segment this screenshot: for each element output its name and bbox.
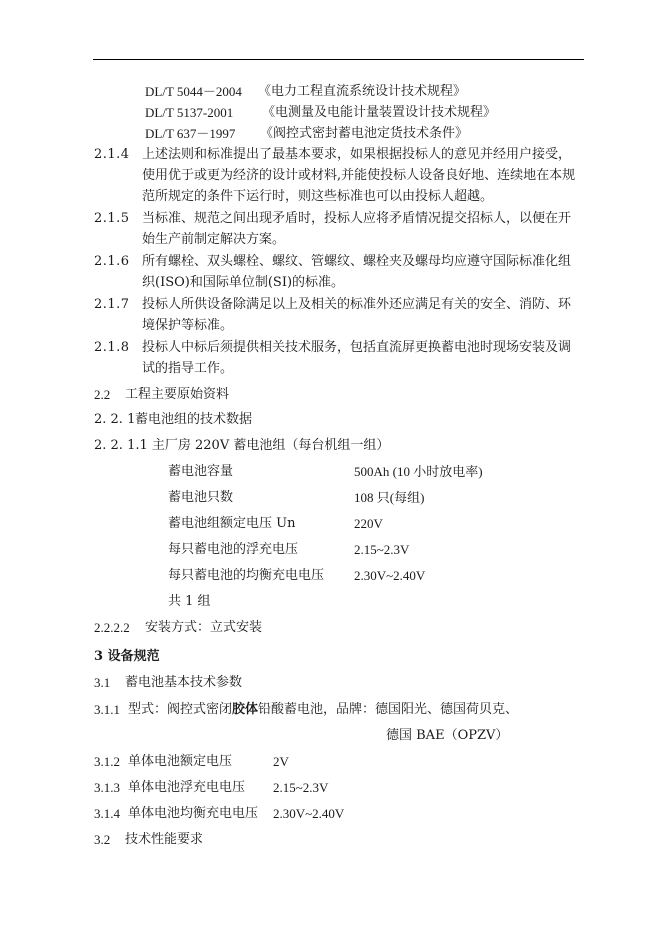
spec-value: 2.30V~2.40V — [354, 566, 425, 586]
param-number: 3.1.4 — [94, 804, 120, 824]
clause-continuation: 德国 BAE（OPZV） — [386, 726, 508, 746]
spec-label: 每只蓄电池的浮充电压 — [168, 540, 298, 560]
clause-text: 所有螺栓、双头螺栓、螺纹、管螺纹、螺栓夹及螺母均应遵守国际标准化组 — [142, 252, 571, 272]
param-number: 3.1.2 — [94, 752, 120, 772]
clause-number: 2.1.5 — [94, 209, 130, 229]
clause-text: 始生产前制定解决方案。 — [142, 230, 285, 250]
spec-value: 220V — [354, 514, 383, 534]
standard-title: 《电力工程直流系统设计技术规程》 — [258, 82, 466, 102]
standard-code: DL/T 5137-2001 — [145, 103, 233, 123]
header-rule — [93, 59, 584, 60]
clause-number: 2.1.6 — [94, 252, 130, 272]
section-title: 工程主要原始资料 — [125, 385, 229, 405]
clause-text: 范所规定的条件下运行时，则这些标准也可以由投标人超越。 — [142, 187, 493, 207]
clause-number: 2.1.7 — [94, 295, 130, 315]
install-text: 安装方式：立式安装 — [145, 618, 262, 638]
spec-label: 蓄电池只数 — [168, 488, 233, 508]
subsubsection-title: 2. 2. 1.1 主厂房 220V 蓄电池组（每台机组一组） — [94, 436, 389, 456]
param-label: 单体电池额定电压 — [128, 752, 232, 772]
param-label: 单体电池均衡充电电压 — [128, 804, 258, 824]
clause-text: 投标人所供设备除满足以上及相关的标准外还应满足有关的安全、消防、环 — [142, 295, 571, 315]
spec-label: 蓄电池容量 — [168, 462, 233, 482]
clause-text: 当标准、规范之间出现矛盾时，投标人应将矛盾情况提交招标人，以便在开 — [142, 209, 571, 229]
standard-code: DL/T 5044－2004 — [145, 82, 242, 102]
standard-title: 《电测量及电能计量装置设计技术规程》 — [262, 103, 496, 123]
param-value: 2V — [273, 752, 289, 772]
section-number: 3.2 — [94, 830, 110, 850]
param-value: 2.15~2.3V — [273, 778, 328, 798]
standard-title: 《阀控式密封蓄电池定货技术条件》 — [260, 124, 468, 144]
spec-total: 共 1 组 — [168, 592, 211, 612]
param-value: 2.30V~2.40V — [273, 804, 344, 824]
param-number: 3.1.3 — [94, 778, 120, 798]
clause-text: 上述法则和标准提出了最基本要求，如果根据投标人的意见并经用户接受， — [142, 145, 571, 165]
section-title: 技术性能要求 — [125, 830, 203, 850]
clause-text: 织(ISO)和国际单位制(SI)的标准。 — [142, 273, 344, 293]
clause-number: 3.1.1 — [94, 700, 120, 720]
spec-value: 108 只(每组) — [354, 488, 424, 508]
clause-text: 境保护等标准。 — [142, 316, 233, 336]
spec-value: 2.15~2.3V — [354, 540, 409, 560]
section-3-heading: 3 设备规范 — [94, 647, 160, 667]
clause-text: 试的指导工作。 — [142, 359, 233, 379]
clause-text: 投标人中标后须提供相关技术服务，包括直流屏更换蓄电池时现场安装及调 — [142, 338, 571, 358]
section-number: 3.1 — [94, 673, 110, 693]
clause-prefix: 型式：阀控式密闭 — [128, 702, 232, 717]
subsection-title: 蓄电池组的技术数据 — [135, 410, 252, 430]
section-number: 2.2 — [94, 385, 110, 405]
clause-number: 2.1.4 — [94, 145, 130, 165]
spec-label: 每只蓄电池的均衡充电电压 — [168, 566, 324, 586]
clause-text: 型式：阀控式密闭胶体铅酸蓄电池，品牌：德国阳光、德国荷贝克、 — [128, 700, 518, 720]
clause-bold: 胶体 — [232, 702, 258, 717]
clause-text: 使用优于或更为经济的设计或材料,并能使投标人设备良好地、连续地在本规 — [142, 166, 575, 186]
section-title: 蓄电池基本技术参数 — [125, 673, 242, 693]
spec-value: 500Ah (10 小时放电率) — [354, 462, 483, 482]
param-label: 单体电池浮充电电压 — [128, 778, 245, 798]
standard-code: DL/T 637－1997 — [145, 124, 235, 144]
clause-number: 2.1.8 — [94, 338, 130, 358]
install-number: 2.2.2.2 — [94, 618, 130, 638]
subsection-number: 2. 2. 1 — [94, 410, 135, 430]
clause-suffix: 铅酸蓄电池，品牌：德国阳光、德国荷贝克、 — [258, 702, 518, 717]
spec-label: 蓄电池组额定电压 Un — [168, 514, 295, 534]
